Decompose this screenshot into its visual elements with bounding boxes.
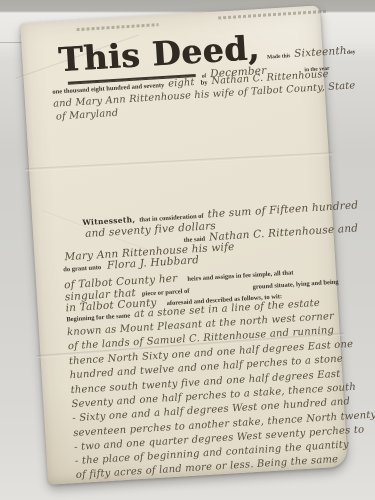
beginning-printed: Beginning for the same — [66, 312, 130, 323]
deed-paper: This Deed, Made this Sixteenth day of De… — [20, 5, 348, 484]
consideration-amount-1: the sum of Fifteen hundred — [207, 199, 358, 220]
by-label: by — [200, 79, 207, 86]
day-value-handwritten: Sixteenth — [294, 45, 347, 60]
day-label: day — [347, 49, 356, 56]
made-this-label: Made this — [267, 53, 291, 60]
fine-print-publisher — [218, 10, 326, 19]
grantor-line-3: of Maryland — [56, 108, 119, 123]
grantor-line-3-text: of Maryland — [56, 108, 119, 123]
fine-print-left — [77, 23, 159, 31]
do-grant-unto-label: do grant unto — [63, 264, 101, 273]
photo-background: This Deed, Made this Sixteenth day of De… — [0, 0, 375, 500]
year-handwritten: eight — [168, 77, 195, 90]
ground-situate-printed: ground situate, lying and being — [252, 279, 338, 291]
fold-crease-upper — [25, 152, 333, 171]
